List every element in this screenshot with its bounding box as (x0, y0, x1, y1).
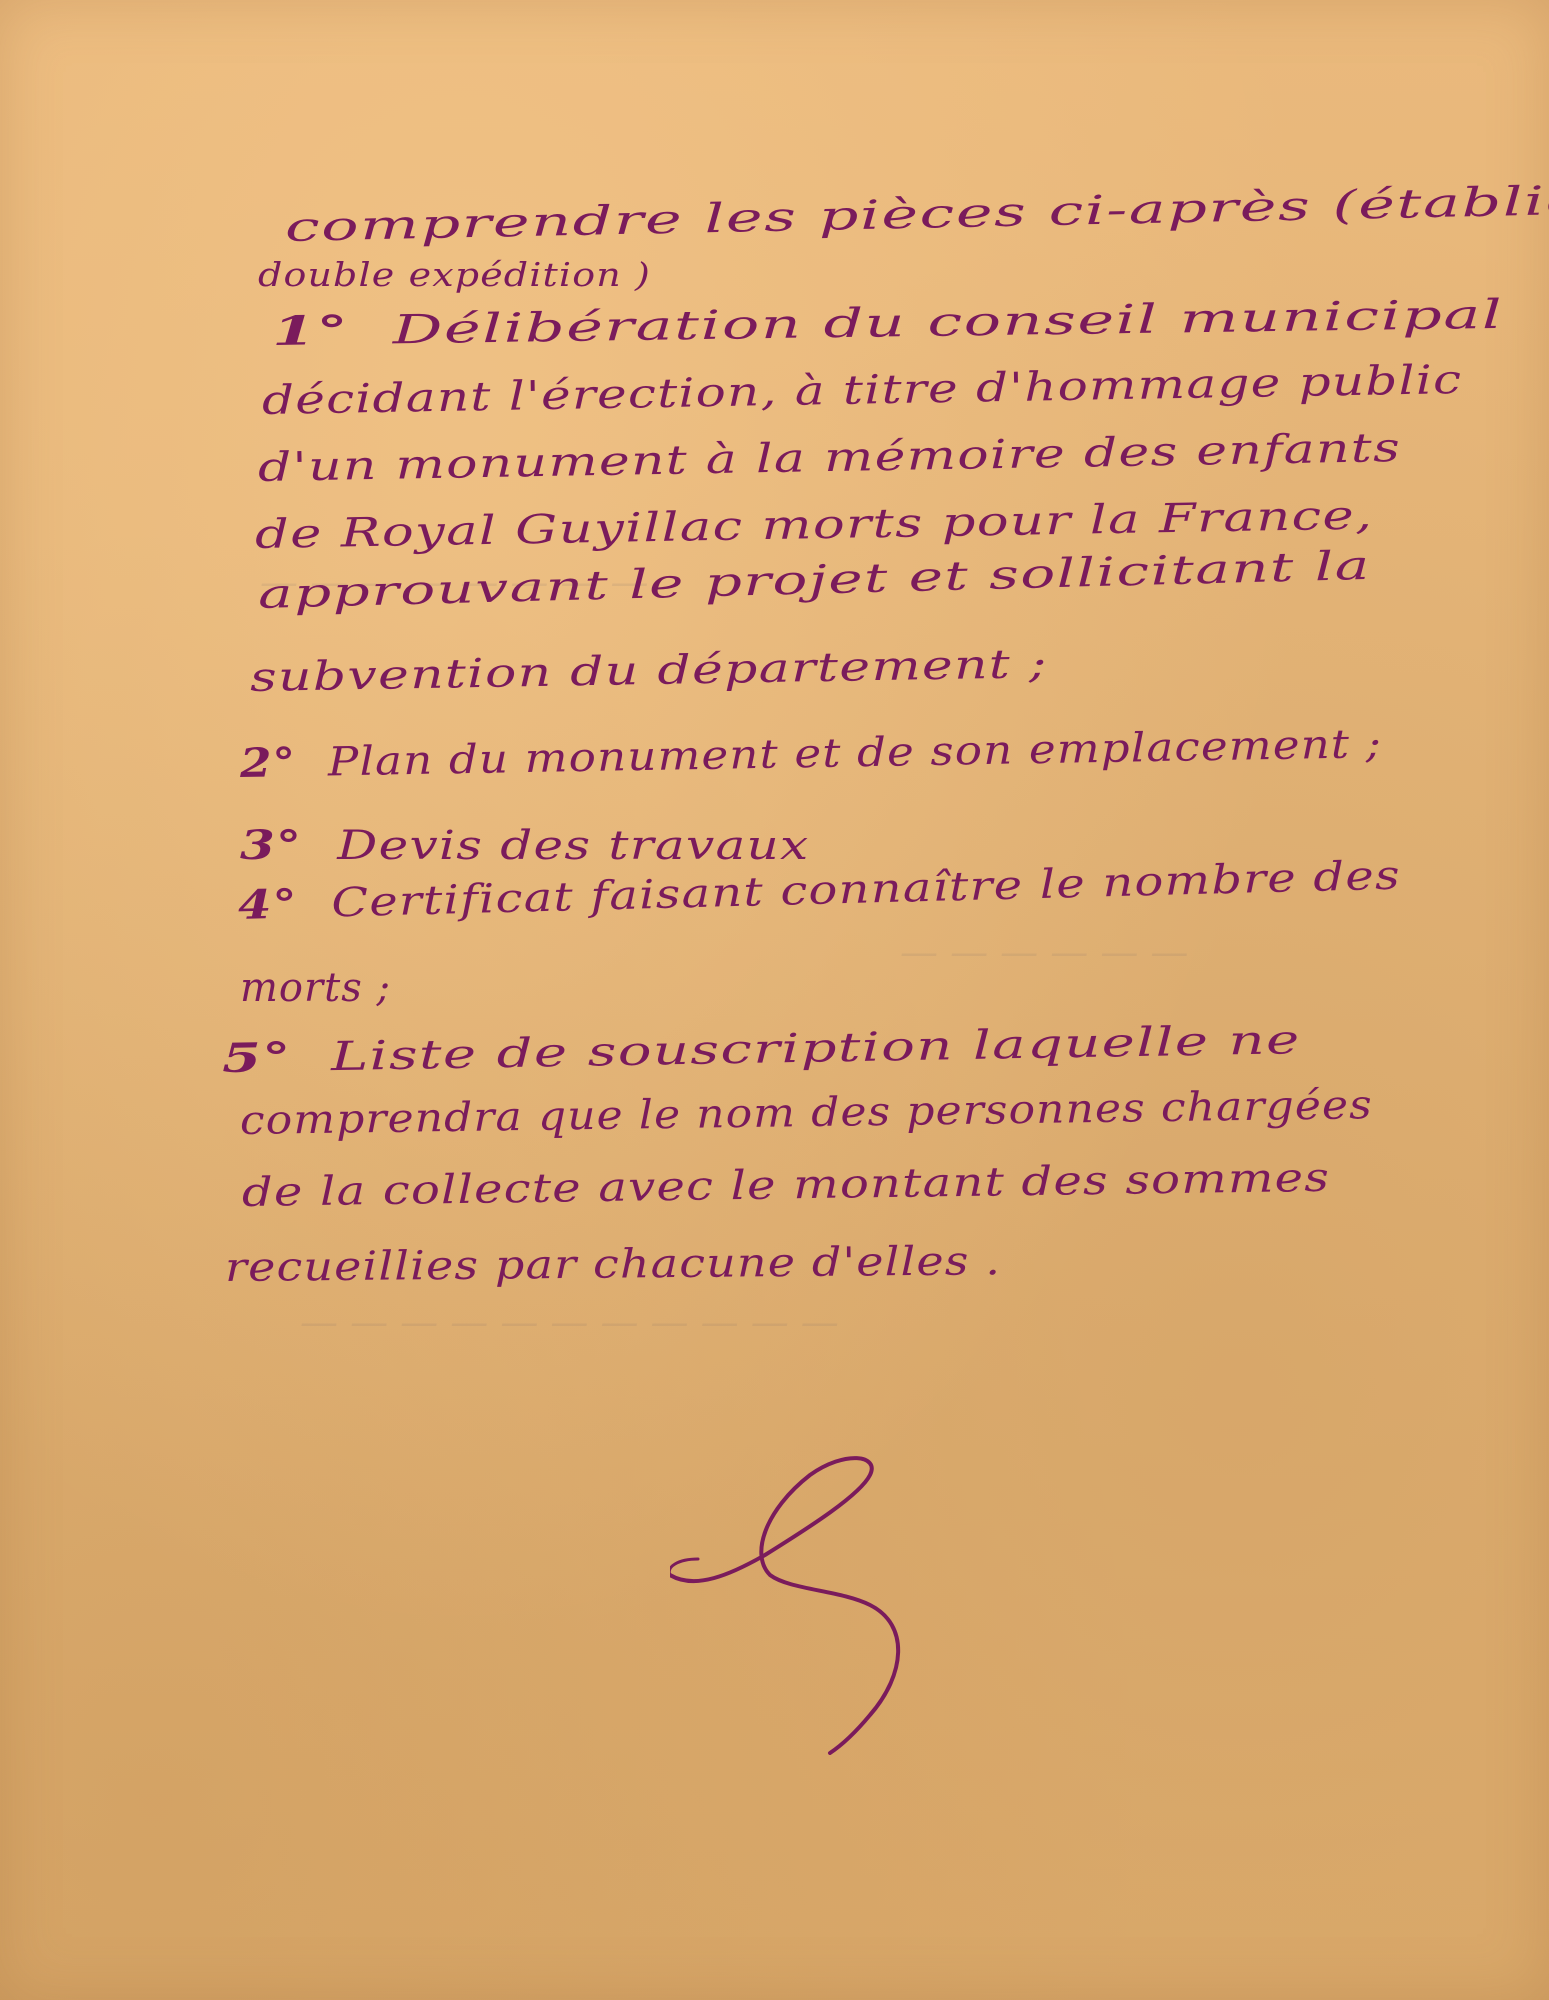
item-text: d'un monument à la mémoire des enfants (258, 425, 1402, 491)
bleed-through-text: — — — — — — (900, 930, 1188, 974)
intro-line-2: double expédition ) (258, 255, 651, 294)
intro-text: double expédition ) (258, 255, 651, 294)
item-number: 2° (240, 739, 297, 787)
item-text: Délibération du conseil municipal (392, 292, 1503, 354)
item-1-line-1: 1°Délibération du conseil municipal (272, 291, 1504, 355)
intro-line-1: comprendre les pièces ci-après (établies… (285, 175, 1549, 251)
item-text: comprendra que le nom des personnes char… (240, 1082, 1373, 1144)
item-text: subvention du département ; (250, 641, 1048, 701)
item-text: Plan du monument et de son emplacement ; (328, 721, 1383, 785)
item-5-line-4: recueillies par chacune d'elles . (225, 1238, 1001, 1291)
item-text: morts ; (240, 965, 391, 1011)
item-text: Devis des travaux (337, 823, 809, 869)
item-number: 3° (240, 822, 302, 869)
signature-icon (670, 1455, 930, 1755)
item-2-line-1: 2°Plan du monument et de son emplacement… (240, 720, 1383, 787)
item-text: recueillies par chacune d'elles . (225, 1238, 1001, 1291)
bleed-through-text: — — — — — — — — — — — (300, 1300, 839, 1344)
document-page: — — — — — — — — — — — — — — — — — — — — … (0, 0, 1549, 2000)
item-3-line-1: 3°Devis des travaux (240, 822, 809, 869)
item-number: 5° (222, 1034, 293, 1082)
item-5-line-2: comprendra que le nom des personnes char… (240, 1082, 1373, 1144)
item-text: Liste de souscription laquelle ne (331, 1017, 1301, 1080)
item-5-line-1: 5°Liste de souscription laquelle ne (222, 1016, 1301, 1082)
item-1-line-6: subvention du département ; (250, 641, 1048, 701)
item-number: 4° (237, 880, 298, 929)
intro-text: comprendre les pièces ci-après (établies… (285, 175, 1549, 251)
item-1-line-3: d'un monument à la mémoire des enfants (258, 425, 1402, 491)
item-4-line-2: morts ; (240, 965, 391, 1011)
item-1-line-2: décidant l'érection, à titre d'hommage p… (262, 357, 1463, 424)
item-text: de la collecte avec le montant des somme… (242, 1155, 1331, 1216)
item-5-line-3: de la collecte avec le montant des somme… (242, 1155, 1331, 1216)
item-text: décidant l'érection, à titre d'hommage p… (262, 357, 1463, 424)
item-number: 1° (272, 307, 350, 355)
